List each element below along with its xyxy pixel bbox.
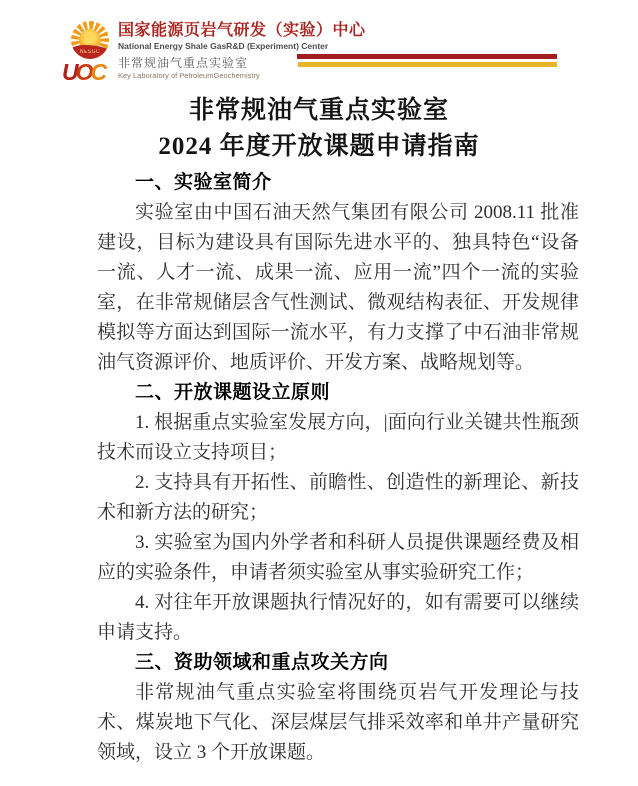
uoc-letter-o: O [76,59,91,85]
title-line-2: 2024 年度开放课题申请指南 [0,129,638,165]
org-name-cn: 国家能源页岩气研发（实验）中心 [118,20,378,41]
header-text-block: 国家能源页岩气研发（实验）中心 National Energy Shale Ga… [118,20,378,81]
section-1-paragraph: 实验室由中国石油天然气集团有限公司 2008.11 批准建设，目标为建设具有国际… [97,198,579,378]
org-name-en: National Energy Shale GasR&D (Experiment… [118,41,378,52]
document-page: NESGC UOC 国家能源页岩气研发（实验）中心 National Energ… [0,0,638,786]
uoc-letter-c: C [91,59,105,85]
title-line-1: 非常规油气重点实验室 [0,93,638,129]
sun-logo-text: NESGC [71,46,109,59]
header-rule-gold [298,62,557,67]
section-2-item-1: 1. 根据重点实验室发展方向，|面向行业关键共性瓶颈技术而设立支持项目； [97,408,579,468]
lab-name-en: Key Laboratory of PetroleumGeochemistry [118,71,378,81]
section-3-paragraph: 非常规油气重点实验室将围绕页岩气开发理论与技术、煤炭地下气化、深层煤层气排采效率… [97,678,579,768]
section-2-item-2: 2. 支持具有开拓性、前瞻性、创造性的新理论、新技术和新方法的研究； [97,468,579,528]
uoc-logo-icon: UOC [62,60,104,84]
sun-swoosh-shape: NESGC [71,45,109,59]
document-body: 一、实验室简介 实验室由中国石油天然气集团有限公司 2008.11 批准建设，目… [97,168,579,768]
section-2-item-4: 4. 对往年开放课题执行情况好的，如有需要可以继续申请支持。 [97,588,579,648]
document-title: 非常规油气重点实验室 2024 年度开放课题申请指南 [0,93,638,165]
section-2-heading: 二、开放课题设立原则 [97,378,579,408]
nesgc-sun-logo-icon: NESGC [71,21,109,59]
header-rule-red [297,54,557,59]
section-2-item-3: 3. 实验室为国内外学者和科研人员提供课题经费及相应的实验条件，申请者须实验室从… [97,528,579,588]
section-3-heading: 三、资助领域和重点攻关方向 [97,648,579,678]
section-1-heading: 一、实验室简介 [97,168,579,198]
uoc-letter-u: U [62,59,76,85]
